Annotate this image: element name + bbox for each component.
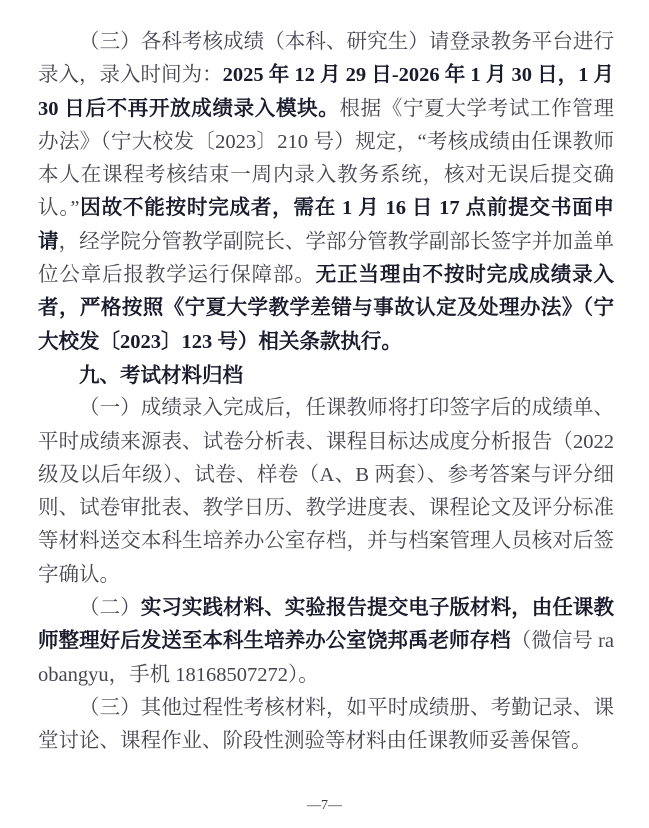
text-run: （二） bbox=[79, 597, 141, 619]
document-body: （三）各科考核成绩（本科、研究生）请登录教务平台进行录入，录入时间为：2025 … bbox=[38, 26, 614, 759]
document-page: （三）各科考核成绩（本科、研究生）请登录教务平台进行录入，录入时间为：2025 … bbox=[0, 0, 649, 828]
paragraph: （三）其他过程性考核材料，如平时成绩册、考勤记录、课堂讨论、课程作业、阶段性测验… bbox=[38, 692, 614, 759]
text-run-bold: 九、考试材料归档 bbox=[79, 364, 243, 387]
text-run: （三）其他过程性考核材料，如平时成绩册、考勤记录、课堂讨论、课程作业、阶段性测验… bbox=[38, 697, 614, 752]
paragraph: （一）成绩录入完成后，任课教师将打印签字后的成绩单、平时成绩来源表、试卷分析表、… bbox=[38, 392, 614, 592]
page-number: —7— bbox=[307, 798, 342, 813]
section-heading: 九、考试材料归档 bbox=[38, 359, 614, 392]
page-footer: —7— bbox=[0, 798, 649, 814]
paragraph: （二）实习实践材料、实验报告提交电子版材料，由任课教师整理好后发送至本科生培养办… bbox=[38, 592, 614, 692]
paragraph: （三）各科考核成绩（本科、研究生）请登录教务平台进行录入，录入时间为：2025 … bbox=[38, 26, 614, 359]
text-run: （一）成绩录入完成后，任课教师将打印签字后的成绩单、平时成绩来源表、试卷分析表、… bbox=[38, 397, 614, 585]
